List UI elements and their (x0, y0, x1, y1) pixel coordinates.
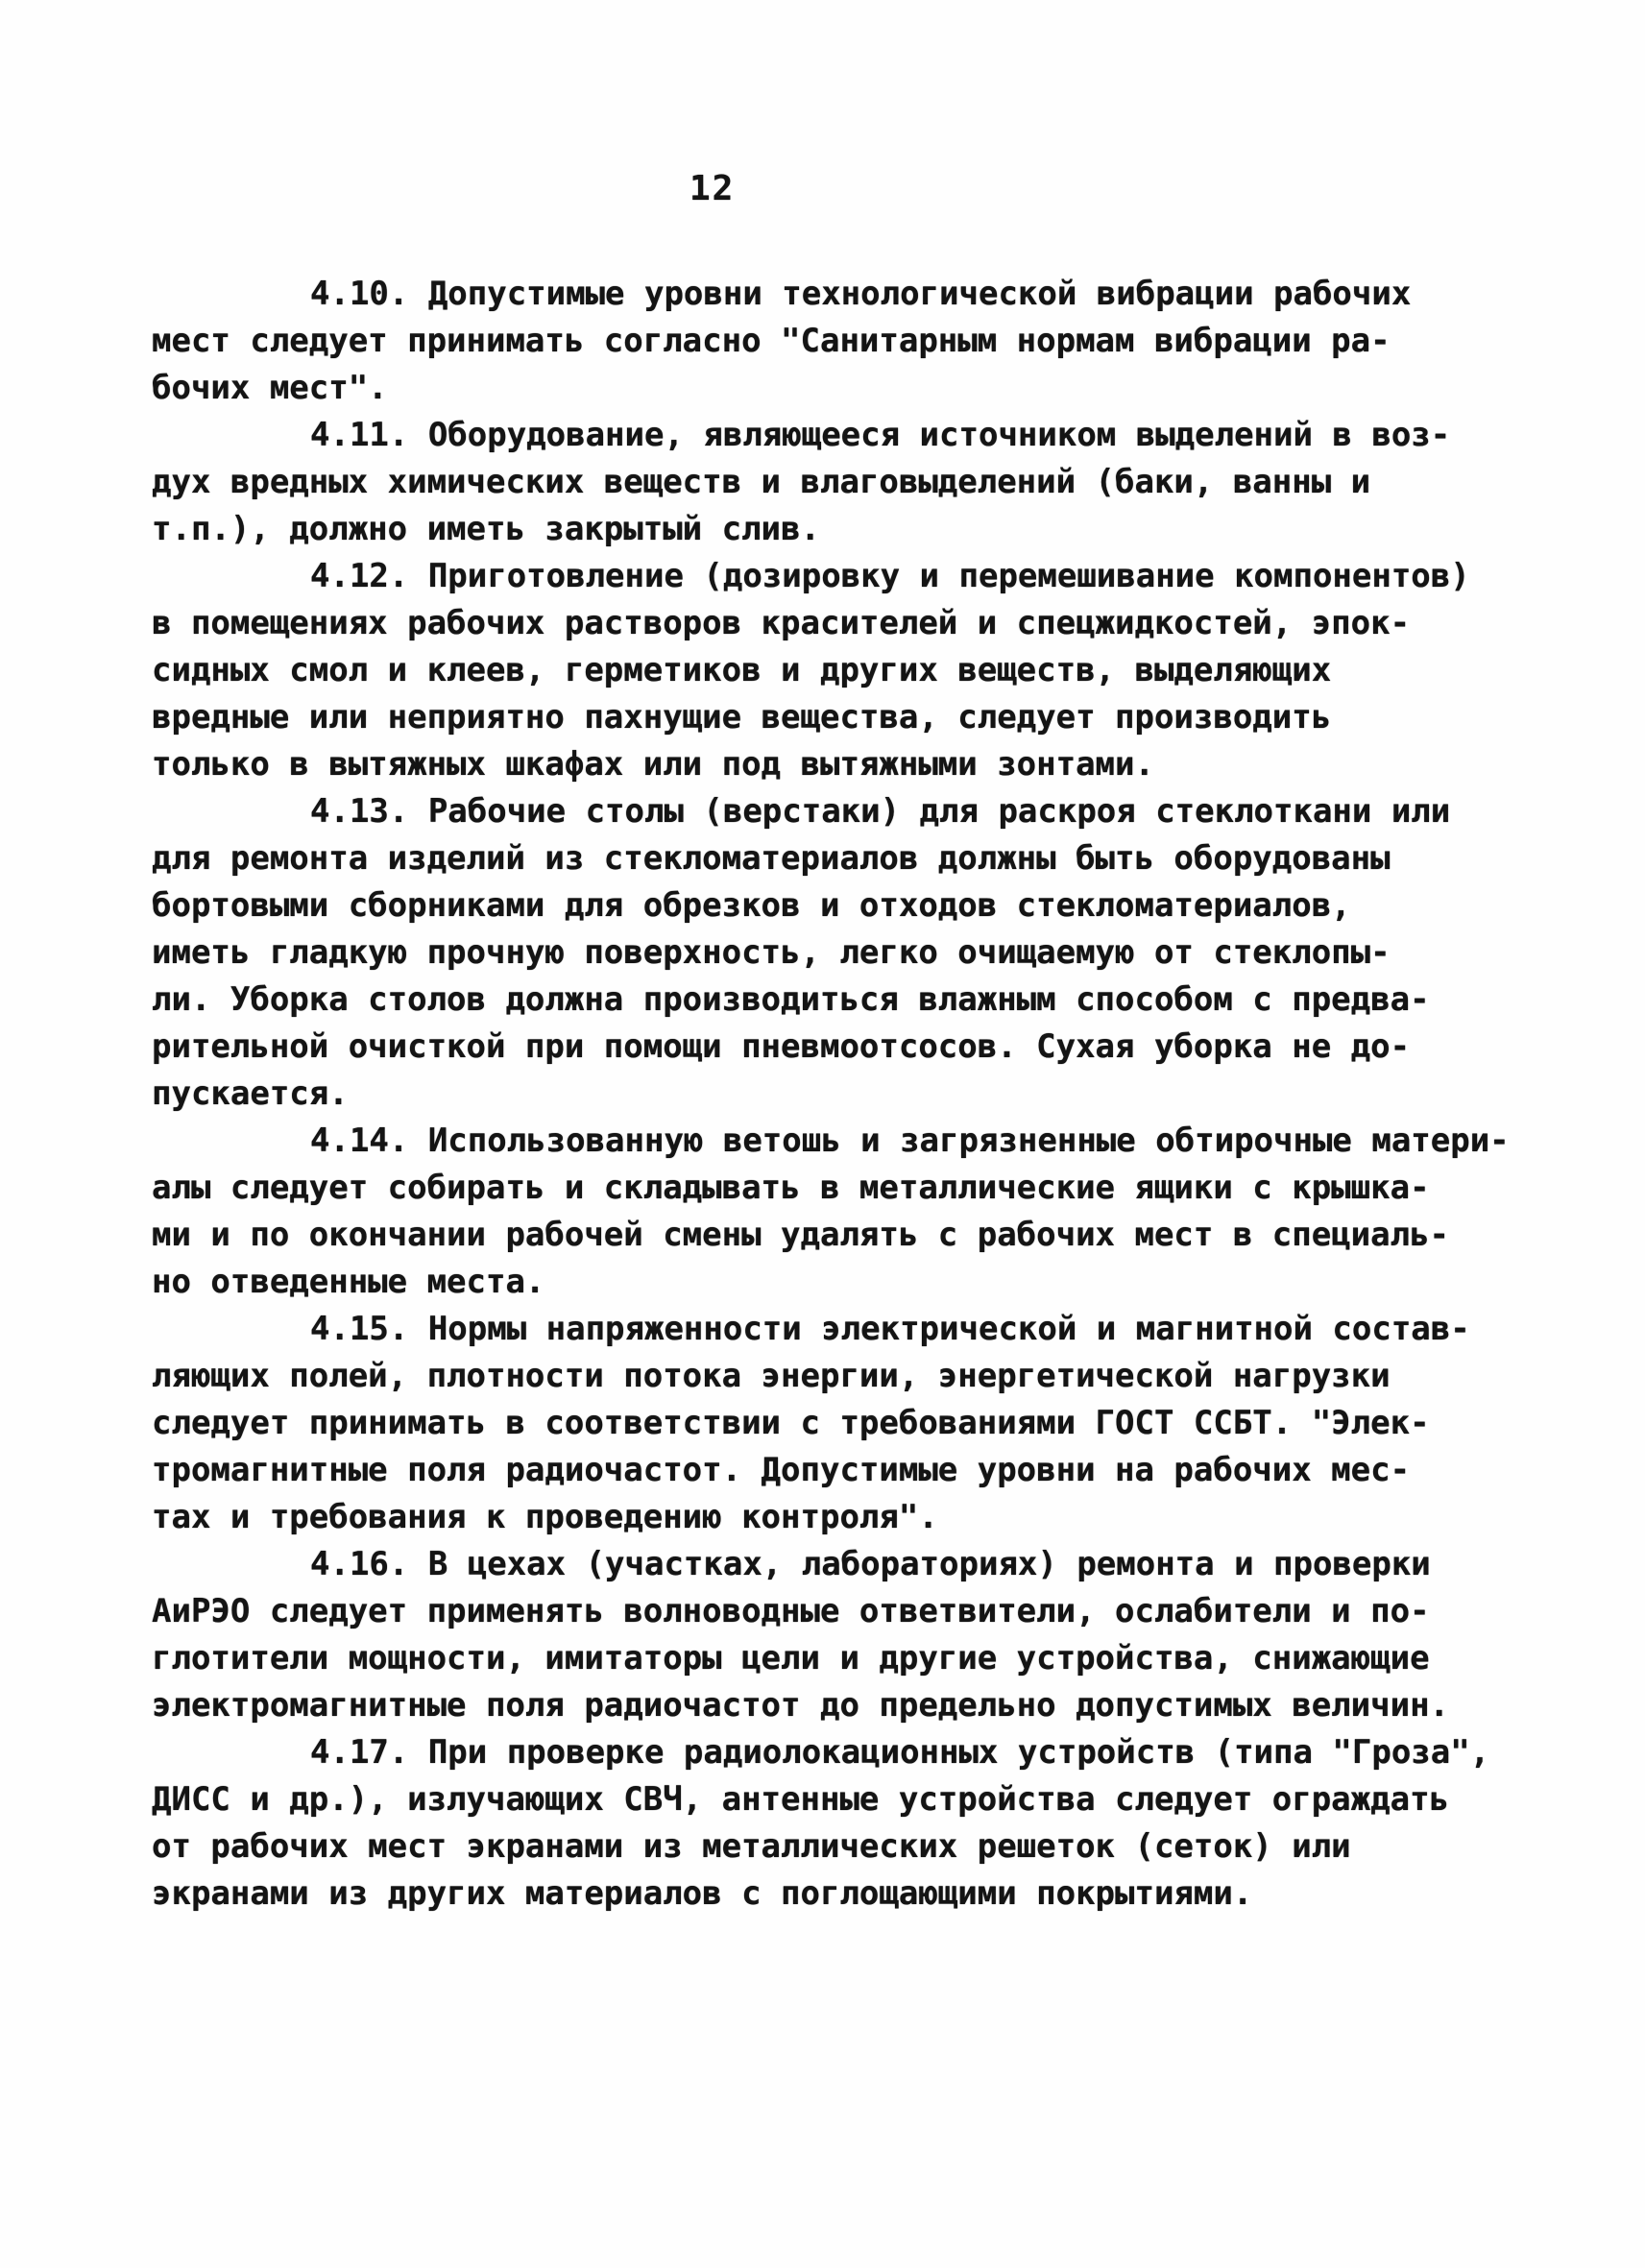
paragraph-4.14: 4.14. Использованную ветошь и загрязненн… (152, 1118, 1487, 1306)
text-line: от рабочих мест экранами из металлически… (152, 1823, 1487, 1870)
text-line: только в вытяжных шкафах или под вытяжны… (152, 741, 1487, 788)
text-line: 4.16. В цехах (участках, лабораториях) р… (152, 1541, 1487, 1588)
text-line: 4.14. Использованную ветошь и загрязненн… (152, 1118, 1487, 1165)
text-line: для ремонта изделий из стекломатериалов … (152, 835, 1487, 882)
text-line: рительной очисткой при помощи пневмоотсо… (152, 1024, 1487, 1071)
paragraph-4.16: 4.16. В цехах (участках, лабораториях) р… (152, 1541, 1487, 1729)
scanned-document-page: 12 4.10. Допустимые уровни технологическ… (0, 0, 1645, 2268)
document-body: 4.10. Допустимые уровни технологической … (152, 271, 1487, 1918)
text-line: тромагнитные поля радиочастот. Допустимы… (152, 1447, 1487, 1494)
text-line: иметь гладкую прочную поверхность, легко… (152, 929, 1487, 977)
text-line: АиРЭО следует применять волноводные отве… (152, 1588, 1487, 1635)
text-line: но отведенные места. (152, 1259, 1487, 1306)
text-line: ми и по окончании рабочей смены удалять … (152, 1212, 1487, 1259)
text-line: 4.15. Нормы напряженности электрической … (152, 1306, 1487, 1353)
paragraph-4.10: 4.10. Допустимые уровни технологической … (152, 271, 1487, 412)
paragraph-4.12: 4.12. Приготовление (дозировку и перемеш… (152, 553, 1487, 788)
text-line: ляющих полей, плотности потока энергии, … (152, 1353, 1487, 1400)
text-line: глотители мощности, имитаторы цели и дру… (152, 1635, 1487, 1682)
text-line: сидных смол и клеев, герметиков и других… (152, 647, 1487, 694)
text-line: экранами из других материалов с поглощаю… (152, 1870, 1487, 1918)
text-line: тах и требования к проведению контроля". (152, 1494, 1487, 1541)
text-line: т.п.), должно иметь закрытый слив. (152, 506, 1487, 553)
text-line: ли. Уборка столов должна производиться в… (152, 977, 1487, 1024)
paragraph-4.17: 4.17. При проверке радиолокационных устр… (152, 1729, 1487, 1918)
text-line: 4.10. Допустимые уровни технологической … (152, 271, 1487, 318)
text-line: алы следует собирать и складывать в мета… (152, 1165, 1487, 1212)
paragraph-4.15: 4.15. Нормы напряженности электрической … (152, 1306, 1487, 1541)
text-line: в помещениях рабочих растворов красителе… (152, 600, 1487, 647)
text-line: дух вредных химических веществ и влаговы… (152, 459, 1487, 506)
text-line: бортовыми сборниками для обрезков и отхо… (152, 882, 1487, 929)
text-line: вредные или неприятно пахнущие вещества,… (152, 694, 1487, 741)
page-number: 12 (689, 169, 735, 208)
text-line: 4.12. Приготовление (дозировку и перемеш… (152, 553, 1487, 600)
text-line: следует принимать в соответствии с требо… (152, 1400, 1487, 1447)
paragraph-4.13: 4.13. Рабочие столы (верстаки) для раскр… (152, 788, 1487, 1118)
text-line: пускается. (152, 1071, 1487, 1118)
text-line: 4.17. При проверке радиолокационных устр… (152, 1729, 1487, 1776)
paragraph-4.11: 4.11. Оборудование, являющееся источнико… (152, 412, 1487, 553)
text-line: мест следует принимать согласно "Санитар… (152, 318, 1487, 365)
text-line: электромагнитные поля радиочастот до пре… (152, 1682, 1487, 1729)
text-line: бочих мест". (152, 365, 1487, 412)
text-line: 4.13. Рабочие столы (верстаки) для раскр… (152, 788, 1487, 835)
text-line: ДИСС и др.), излучающих СВЧ, антенные ус… (152, 1776, 1487, 1823)
text-line: 4.11. Оборудование, являющееся источнико… (152, 412, 1487, 459)
